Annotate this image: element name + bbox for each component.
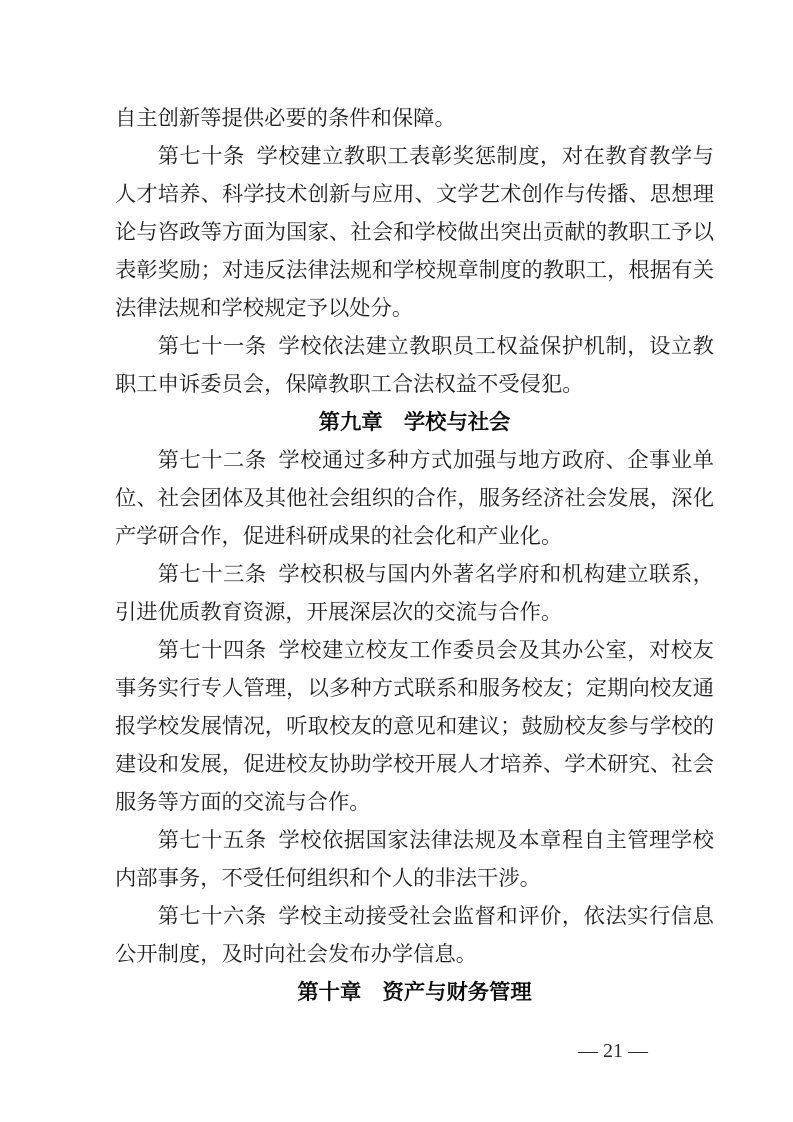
document-page: 自主创新等提供必要的条件和保障。 第七十条学校建立教职工表彰奖惩制度，对在教育教… <box>0 0 793 1122</box>
article-70: 第七十条学校建立教职工表彰奖惩制度，对在教育教学与人才培养、科学技术创新与应用、… <box>115 137 714 327</box>
article-70-text: 学校建立教职工表彰奖惩制度，对在教育教学与人才培养、科学技术创新与应用、文学艺术… <box>115 144 714 320</box>
article-74-text: 学校建立校友工作委员会及其办公室，对校友事务实行专人管理，以多种方式联系和服务校… <box>115 638 714 814</box>
article-74-label: 第七十四条 <box>158 638 279 662</box>
article-76-label: 第七十六条 <box>158 904 279 928</box>
article-75: 第七十五条学校依据国家法律法规及本章程自主管理学校内部事务，不受任何组织和个人的… <box>115 821 714 897</box>
page-number: — 21 — <box>578 1040 648 1062</box>
page-footer: — 21 — <box>578 1036 648 1066</box>
article-73: 第七十三条学校积极与国内外著名学府和机构建立联系，引进优质教育资源，开展深层次的… <box>115 555 714 631</box>
article-70-label: 第七十条 <box>158 144 257 168</box>
article-71-label: 第七十一条 <box>158 334 279 358</box>
document-body: 自主创新等提供必要的条件和保障。 第七十条学校建立教职工表彰奖惩制度，对在教育教… <box>115 99 714 1011</box>
chapter-9-heading: 第九章 学校与社会 <box>115 403 714 441</box>
article-72: 第七十二条学校通过多种方式加强与地方政府、企事业单位、社会团体及其他社会组织的合… <box>115 441 714 555</box>
article-72-label: 第七十二条 <box>158 448 279 472</box>
article-73-label: 第七十三条 <box>158 562 279 586</box>
article-75-label: 第七十五条 <box>158 828 279 852</box>
paragraph-continuation: 自主创新等提供必要的条件和保障。 <box>115 99 714 137</box>
article-71: 第七十一条学校依法建立教职员工权益保护机制，设立教职工申诉委员会，保障教职工合法… <box>115 327 714 403</box>
article-76: 第七十六条学校主动接受社会监督和评价，依法实行信息公开制度，及时向社会发布办学信… <box>115 897 714 973</box>
chapter-10-heading: 第十章 资产与财务管理 <box>115 973 714 1011</box>
article-74: 第七十四条学校建立校友工作委员会及其办公室，对校友事务实行专人管理，以多种方式联… <box>115 631 714 821</box>
